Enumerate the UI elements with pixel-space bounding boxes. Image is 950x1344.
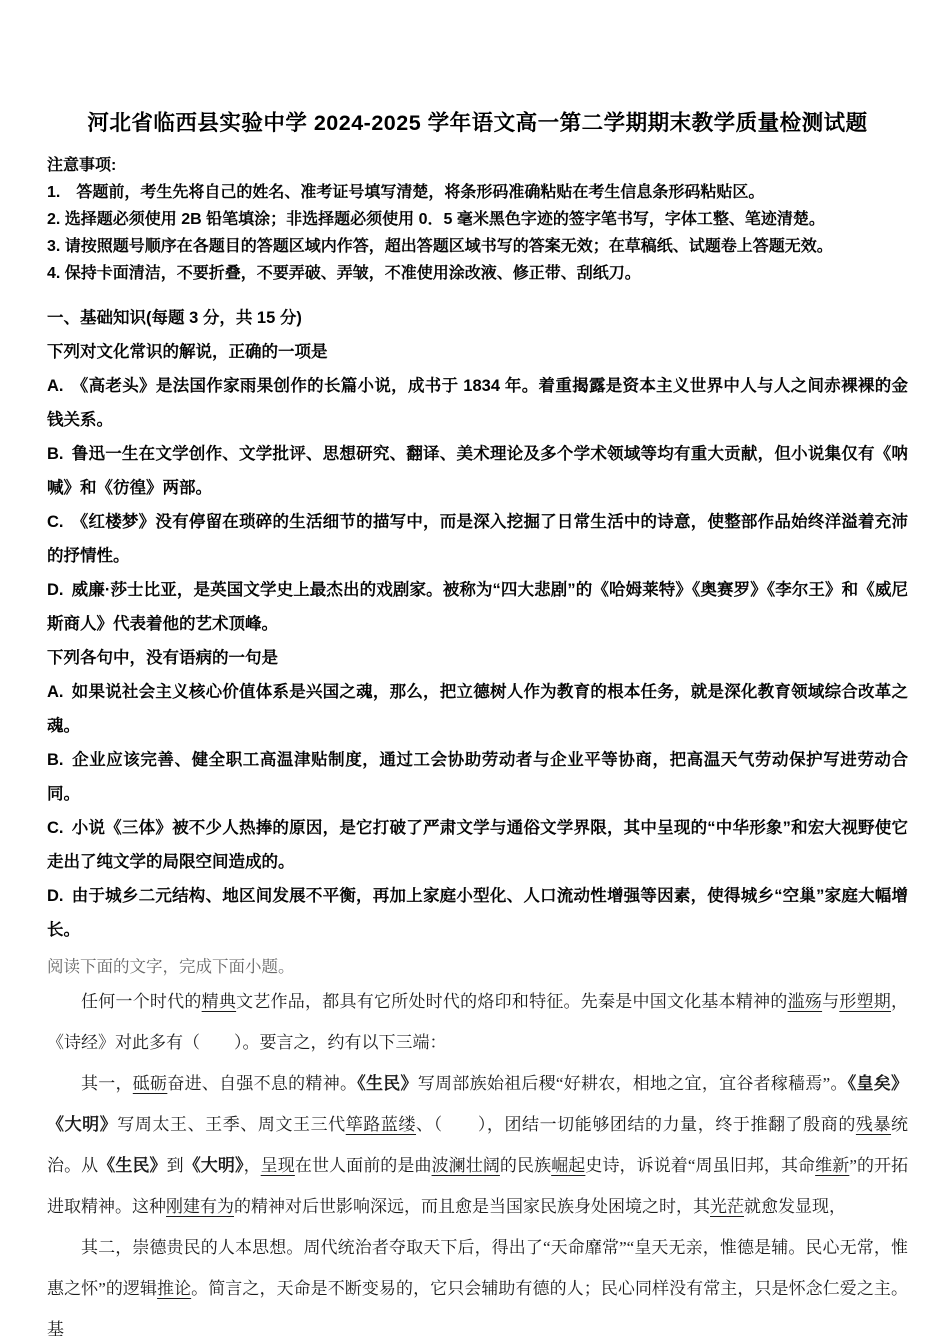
question-1-option-d: D.威廉·莎士比亚，是英国文学史上最杰出的戏剧家。被称为“四大悲剧”的《哈姆莱特…	[47, 573, 908, 641]
option-label: D.	[47, 581, 64, 599]
option-text: 《高老头》是法国作家雨果创作的长篇小说，成书于 1834 年。着重揭露是资本主义…	[47, 377, 908, 429]
section-heading: 一、基础知识(每题 3 分，共 15 分)	[47, 301, 908, 335]
option-text: 小说《三体》被不少人热捧的原因，是它打破了严肃文学与通俗文学界限，其中呈现的“中…	[47, 819, 908, 871]
notice-heading: 注意事项:	[47, 152, 908, 179]
passage-paragraph-1: 任何一个时代的精典文艺作品，都具有它所处时代的烙印和特征。先秦是中国文化基本精神…	[47, 981, 908, 1063]
option-label: A.	[47, 377, 64, 395]
exam-paper-page: 河北省临西县实验中学 2024-2025 学年语文高一第二学期期末教学质量检测试…	[0, 0, 950, 1344]
question-1-option-b: B.鲁迅一生在文学创作、文学批评、思想研究、翻译、美术理论及多个学术领域等均有重…	[47, 437, 908, 505]
option-label: B.	[47, 751, 64, 769]
notice-item-1: 1. 答题前，考生先将自己的姓名、准考证号填写清楚，将条形码准确粘贴在考生信息条…	[47, 179, 908, 206]
option-text: 《红楼梦》没有停留在琐碎的生活细节的描写中，而是深入挖掘了日常生活中的诗意，使整…	[47, 513, 908, 565]
reading-passage: 任何一个时代的精典文艺作品，都具有它所处时代的烙印和特征。先秦是中国文化基本精神…	[47, 981, 908, 1344]
notice-item-4: 4. 保持卡面清洁，不要折叠，不要弄破、弄皱，不准使用涂改液、修正带、刮纸刀。	[47, 260, 908, 287]
question-2-stem: 下列各句中，没有语病的一句是	[47, 641, 908, 675]
option-label: B.	[47, 445, 64, 463]
option-text: 由于城乡二元结构、地区间发展不平衡，再加上家庭小型化、人口流动性增强等因素，使得…	[47, 887, 908, 939]
question-2-option-b: B.企业应该完善、健全职工高温津贴制度，通过工会协助劳动者与企业平等协商，把高温…	[47, 743, 908, 811]
notice-item-3: 3. 请按照题号顺序在各题目的答题区域内作答，超出答题区域书写的答案无效；在草稿…	[47, 233, 908, 260]
option-text: 企业应该完善、健全职工高温津贴制度，通过工会协助劳动者与企业平等协商，把高温天气…	[47, 751, 908, 803]
reading-instruction: 阅读下面的文字，完成下面小题。	[47, 953, 908, 981]
question-2-option-a: A.如果说社会主义核心价值体系是兴国之魂，那么，把立德树人作为教育的根本任务，就…	[47, 675, 908, 743]
option-label: D.	[47, 887, 64, 905]
passage-paragraph-2: 其一，砥砺奋进、自强不息的精神。《生民》写周部族始祖后稷“好耕农，相地之宜，宜谷…	[47, 1063, 908, 1227]
option-label: A.	[47, 683, 64, 701]
option-label: C.	[47, 819, 64, 837]
option-text: 如果说社会主义核心价值体系是兴国之魂，那么，把立德树人作为教育的根本任务，就是深…	[47, 683, 908, 735]
option-label: C.	[47, 513, 64, 531]
question-1-option-a: A.《高老头》是法国作家雨果创作的长篇小说，成书于 1834 年。着重揭露是资本…	[47, 369, 908, 437]
question-2-option-d: D.由于城乡二元结构、地区间发展不平衡，再加上家庭小型化、人口流动性增强等因素，…	[47, 879, 908, 947]
notice-section: 注意事项: 1. 答题前，考生先将自己的姓名、准考证号填写清楚，将条形码准确粘贴…	[47, 152, 908, 287]
question-1-option-c: C.《红楼梦》没有停留在琐碎的生活细节的描写中，而是深入挖掘了日常生活中的诗意，…	[47, 505, 908, 573]
basic-knowledge-section: 一、基础知识(每题 3 分，共 15 分) 下列对文化常识的解说，正确的一项是 …	[47, 301, 908, 947]
question-1-stem: 下列对文化常识的解说，正确的一项是	[47, 335, 908, 369]
passage-paragraph-3: 其二，崇德贵民的人本思想。周代统治者夺取天下后，得出了“天命靡常”“皇天无亲，惟…	[47, 1227, 908, 1344]
question-2-option-c: C.小说《三体》被不少人热捧的原因，是它打破了严肃文学与通俗文学界限，其中呈现的…	[47, 811, 908, 879]
notice-item-2: 2. 选择题必须使用 2B 铅笔填涂；非选择题必须使用 0．5 毫米黑色字迹的签…	[47, 206, 908, 233]
option-text: 威廉·莎士比亚，是英国文学史上最杰出的戏剧家。被称为“四大悲剧”的《哈姆莱特》《…	[47, 581, 908, 633]
page-title: 河北省临西县实验中学 2024-2025 学年语文高一第二学期期末教学质量检测试…	[47, 108, 908, 138]
option-text: 鲁迅一生在文学创作、文学批评、思想研究、翻译、美术理论及多个学术领域等均有重大贡…	[47, 445, 908, 497]
